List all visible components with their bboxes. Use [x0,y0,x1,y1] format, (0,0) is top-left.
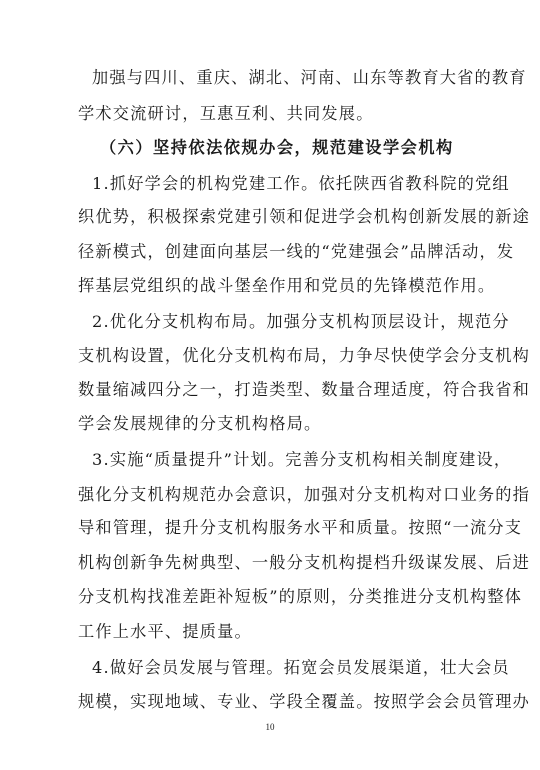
paragraph-line: 分支机构找准差距补短板”的原则，分类推进分支机构整体 [78,587,478,607]
paragraph-line: 数量缩减四分之一，打造类型、数量合理适度，符合我省和 [78,380,478,400]
page-number: 10 [0,722,540,732]
paragraph-line: 4.做好会员发展与管理。拓宽会员发展渠道，壮大会员 [92,658,492,678]
paragraph-line: 加强与四川、重庆、湖北、河南、山东等教育大省的教育 [92,68,492,88]
paragraph-line: 学会发展规律的分支机构格局。 [78,414,478,434]
paragraph-line: 2.优化分支机构布局。加强分支机构顶层设计，规范分 [92,312,492,332]
section-heading: （六）坚持依法依规办会，规范建设学会机构 [100,138,500,158]
paragraph-line: 规模，实现地域、专业、学段全覆盖。按照学会会员管理办 [78,692,478,712]
paragraph-line: 1.抓好学会的机构党建工作。依托陕西省教科院的党组 [92,174,492,194]
paragraph-line: 机构创新争先树典型、一般分支机构提档升级谋发展、后进 [78,553,478,573]
document-page: 加强与四川、重庆、湖北、河南、山东等教育大省的教育 学术交流研讨，互惠互利、共同… [0,0,540,770]
paragraph-line: 导和管理，提升分支机构服务水平和质量。按照“一流分支 [78,518,478,538]
paragraph-line: 织优势，积极探索党建引领和促进学会机构创新发展的新途 [78,207,478,227]
paragraph-line: 工作上水平、提质量。 [78,622,478,642]
paragraph-line: 挥基层党组织的战斗堡垒作用和党员的先锋模范作用。 [78,276,478,296]
paragraph-line: 支机构设置，优化分支机构布局，力争尽快使学会分支机构 [78,346,478,366]
paragraph-line: 径新模式，创建面向基层一线的“党建强会”品牌活动，发 [78,242,478,262]
paragraph-line: 3.实施“质量提升”计划。完善分支机构相关制度建设， [92,450,492,470]
paragraph-line: 强化分支机构规范办会意识，加强对分支机构对口业务的指 [78,485,478,505]
paragraph-line: 学术交流研讨，互惠互利、共同发展。 [78,104,478,124]
